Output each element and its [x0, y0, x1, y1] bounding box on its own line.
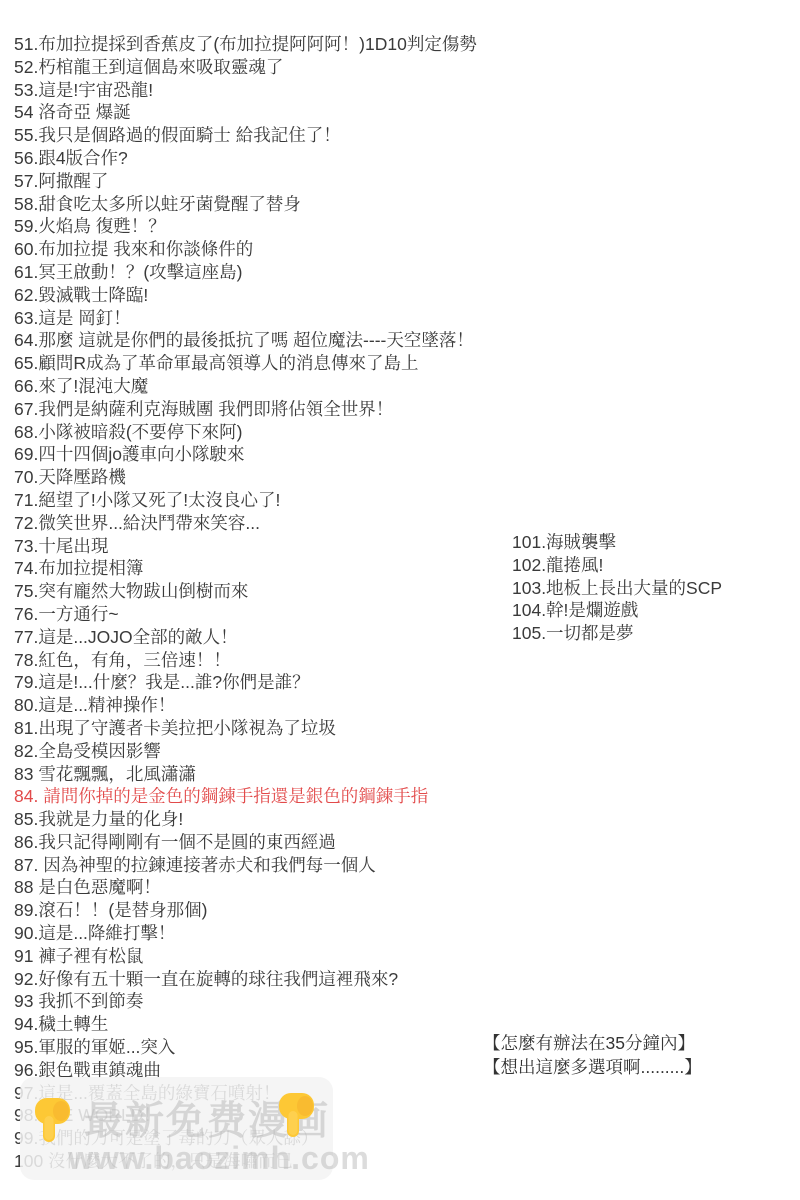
list-item: 103.地板上長出大量的SCP	[512, 577, 722, 600]
list-item: 76.一方通行~	[14, 603, 477, 626]
list-item: 101.海賊襲擊	[512, 531, 722, 554]
list-item: 56.跟4版合作?	[14, 147, 477, 170]
list-item: 90.這是...降維打擊！	[14, 922, 477, 945]
list-item: 52.朽棺龍王到這個島來吸取靈魂了	[14, 56, 477, 79]
list-item: 73.十尾出現	[14, 535, 477, 558]
list-item: 79.這是!...什麼？我是...誰?你們是誰？	[14, 671, 477, 694]
list-item: 86.我只記得剛剛有一個不是圓的東西經過	[14, 831, 477, 854]
pointing-down-icon	[274, 1091, 318, 1139]
list-item: 104.幹!是爛遊戲	[512, 599, 722, 622]
list-item: 53.這是!宇宙恐龍!	[14, 79, 477, 102]
list-item: 71.絕望了!小隊又死了!太沒良心了!	[14, 489, 477, 512]
pointing-down-icon	[30, 1096, 74, 1144]
comic-text-page: 51.布加拉提採到香蕉皮了(布加拉提阿阿阿！)1D10判定傷勢 52.朽棺龍王到…	[0, 0, 800, 1200]
list-item: 81.出現了守護者卡美拉把小隊視為了垃圾	[14, 717, 477, 740]
numbered-list-51-100: 51.布加拉提採到香蕉皮了(布加拉提阿阿阿！)1D10判定傷勢 52.朽棺龍王到…	[14, 33, 477, 1173]
list-item: 78.紅色，有角，三倍速！！	[14, 649, 477, 672]
list-item: 69.四十四個jo護車向小隊駛來	[14, 443, 477, 466]
list-item: 62.毀滅戰士降臨!	[14, 284, 477, 307]
list-item: 91 褲子裡有松鼠	[14, 945, 477, 968]
list-item: 58.甜食吃太多所以蛀牙菌覺醒了替身	[14, 193, 477, 216]
author-comment-line: 【怎麼有辦法在35分鐘內】	[483, 1031, 702, 1055]
list-item: 55.我只是個路過的假面騎士 給我記住了！	[14, 124, 477, 147]
list-item: 94.穢土轉生	[14, 1013, 477, 1036]
list-item: 83 雪花飄飄，北風瀟瀟	[14, 763, 477, 786]
list-item: 63.這是 岡釘！	[14, 307, 477, 330]
list-item: 102.龍捲風!	[512, 554, 722, 577]
watermark-url: www.baozimh.com	[68, 1140, 370, 1177]
list-item: 85.我就是力量的化身!	[14, 808, 477, 831]
list-item: 74.布加拉提相簿	[14, 557, 477, 580]
author-comment-line: 【想出這麼多選項啊.........】	[483, 1055, 702, 1079]
list-item: 57.阿撒醒了	[14, 170, 477, 193]
list-item: 65.顧問R成為了革命軍最高領導人的消息傳來了島上	[14, 352, 477, 375]
list-item: 59.火焰鳥 復甦！？	[14, 215, 477, 238]
list-item: 82.全島受模因影響	[14, 740, 477, 763]
list-item: 92.好像有五十顆一直在旋轉的球往我們這裡飛來?	[14, 968, 477, 991]
list-item: 60.布加拉提 我來和你談條件的	[14, 238, 477, 261]
list-item: 77.這是...JOJO全部的敵人！	[14, 626, 477, 649]
list-item: 88 是白色惡魔啊！	[14, 876, 477, 899]
list-item: 89.滾石！！(是替身那個)	[14, 899, 477, 922]
list-item: 67.我們是納薩利克海賊團 我們即將佔領全世界！	[14, 398, 477, 421]
list-item: 51.布加拉提採到香蕉皮了(布加拉提阿阿阿！)1D10判定傷勢	[14, 33, 477, 56]
list-item: 93 我抓不到節奏	[14, 990, 477, 1013]
list-item: 87. 因為神聖的拉鍊連接著赤犬和我們每一個人	[14, 854, 477, 877]
list-item: 80.這是...精神操作！	[14, 694, 477, 717]
list-item-highlighted-red: 84. 請問你掉的是金色的鋼鍊手指還是銀色的鋼鍊手指	[14, 785, 477, 808]
list-item: 61.冥王啟動！？(攻擊這座島)	[14, 261, 477, 284]
list-item: 95.軍服的軍姬...突入	[14, 1036, 477, 1059]
numbered-list-101-105: 101.海賊襲擊 102.龍捲風! 103.地板上長出大量的SCP 104.幹!…	[512, 531, 722, 645]
list-item: 105.一切都是夢	[512, 622, 722, 645]
list-item: 64.那麼 這就是你們的最後抵抗了嗎 超位魔法----天空墜落！	[14, 329, 477, 352]
list-item: 66.來了!混沌大魔	[14, 375, 477, 398]
list-item: 68.小隊被暗殺(不要停下來阿)	[14, 421, 477, 444]
list-item: 72.微笑世界...給決鬥帶來笑容...	[14, 512, 477, 535]
list-item: 70.天降壓路機	[14, 466, 477, 489]
author-comment: 【怎麼有辦法在35分鐘內】 【想出這麼多選項啊.........】	[483, 1031, 702, 1079]
list-item: 75.突有龐然大物跋山倒樹而來	[14, 580, 477, 603]
list-item: 54 洛奇亞 爆誕	[14, 101, 477, 124]
